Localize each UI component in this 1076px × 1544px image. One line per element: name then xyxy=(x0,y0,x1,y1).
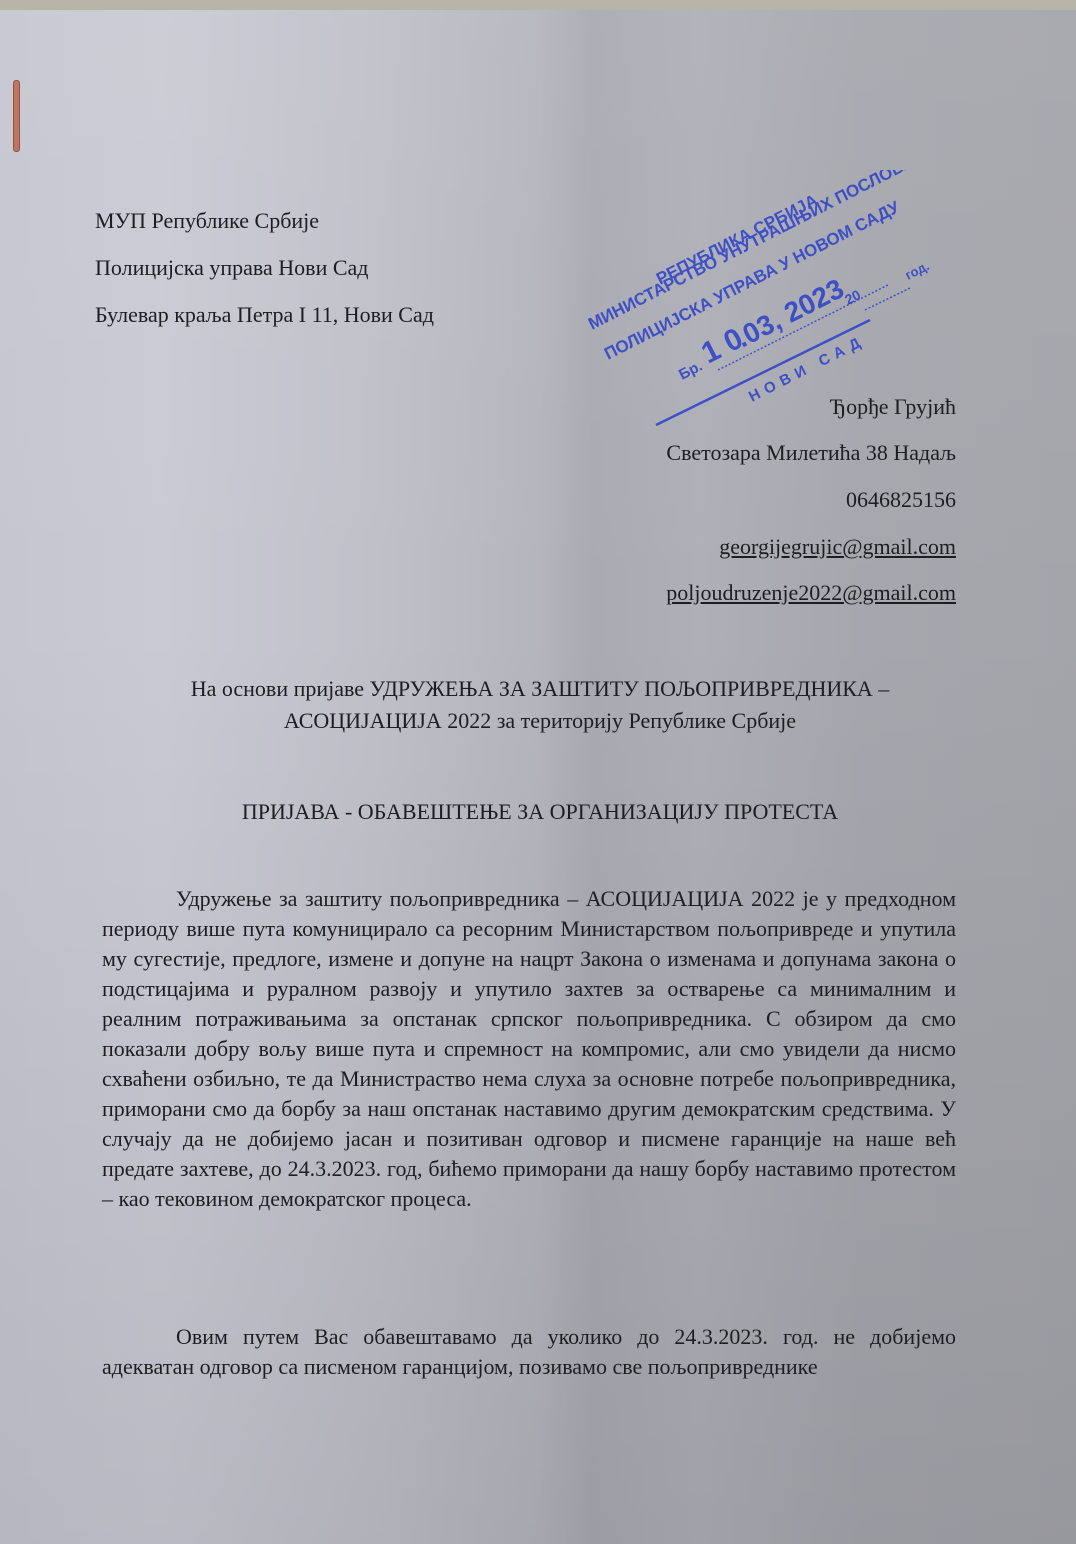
sender-address: Светозара Милетића 38 Надаљ xyxy=(666,440,956,466)
stamp-line-2: МИНИСТАРСТВО УНУТРАШЊИХ ПОСЛОВА xyxy=(585,170,917,334)
body-paragraph-2: Овим путем Вас обавештавамо да уколико д… xyxy=(102,1322,956,1382)
stamp-year-prefix: 20 xyxy=(842,286,863,307)
document-title: ПРИЈАВА - ОБАВЕШТЕЊЕ ЗА ОРГАНИЗАЦИЈУ ПРО… xyxy=(100,796,980,828)
intro-heading: На основи пријаве УДРУЖЕЊА ЗА ЗАШТИТУ ПО… xyxy=(100,673,980,737)
sender-name: Ђорђе Грујић xyxy=(830,394,956,420)
stamp-number-prefix: Бр. xyxy=(676,357,705,383)
official-stamp: РЕПУБЛИКА СРБИЈА МИНИСТАРСТВО УНУТРАШЊИХ… xyxy=(570,170,970,430)
sender-phone: 0646825156 xyxy=(846,487,956,513)
sender-email-2[interactable]: poljoudruzenje2022@gmail.com xyxy=(666,580,956,606)
staple-mark xyxy=(13,80,20,152)
recipient-line-1: МУП Републике Србије xyxy=(95,208,319,234)
recipient-line-3: Булевар краља Петра I 11, Нови Сад xyxy=(95,302,434,328)
document-page: МУП Републике Србије Полицијска управа Н… xyxy=(0,10,1076,1544)
body-paragraph-1: Удружење за заштиту пољопривредника – АС… xyxy=(102,884,956,1214)
intro-heading-line-1: На основи пријаве УДРУЖЕЊА ЗА ЗАШТИТУ ПО… xyxy=(100,673,980,705)
recipient-line-2: Полицијска управа Нови Сад xyxy=(95,255,368,281)
sender-email-1[interactable]: georgijegrujic@gmail.com xyxy=(719,534,956,560)
stamp-year-suffix: год. xyxy=(903,258,932,283)
intro-heading-line-2: АСОЦИЈАЦИЈА 2022 за територију Републике… xyxy=(100,705,980,737)
